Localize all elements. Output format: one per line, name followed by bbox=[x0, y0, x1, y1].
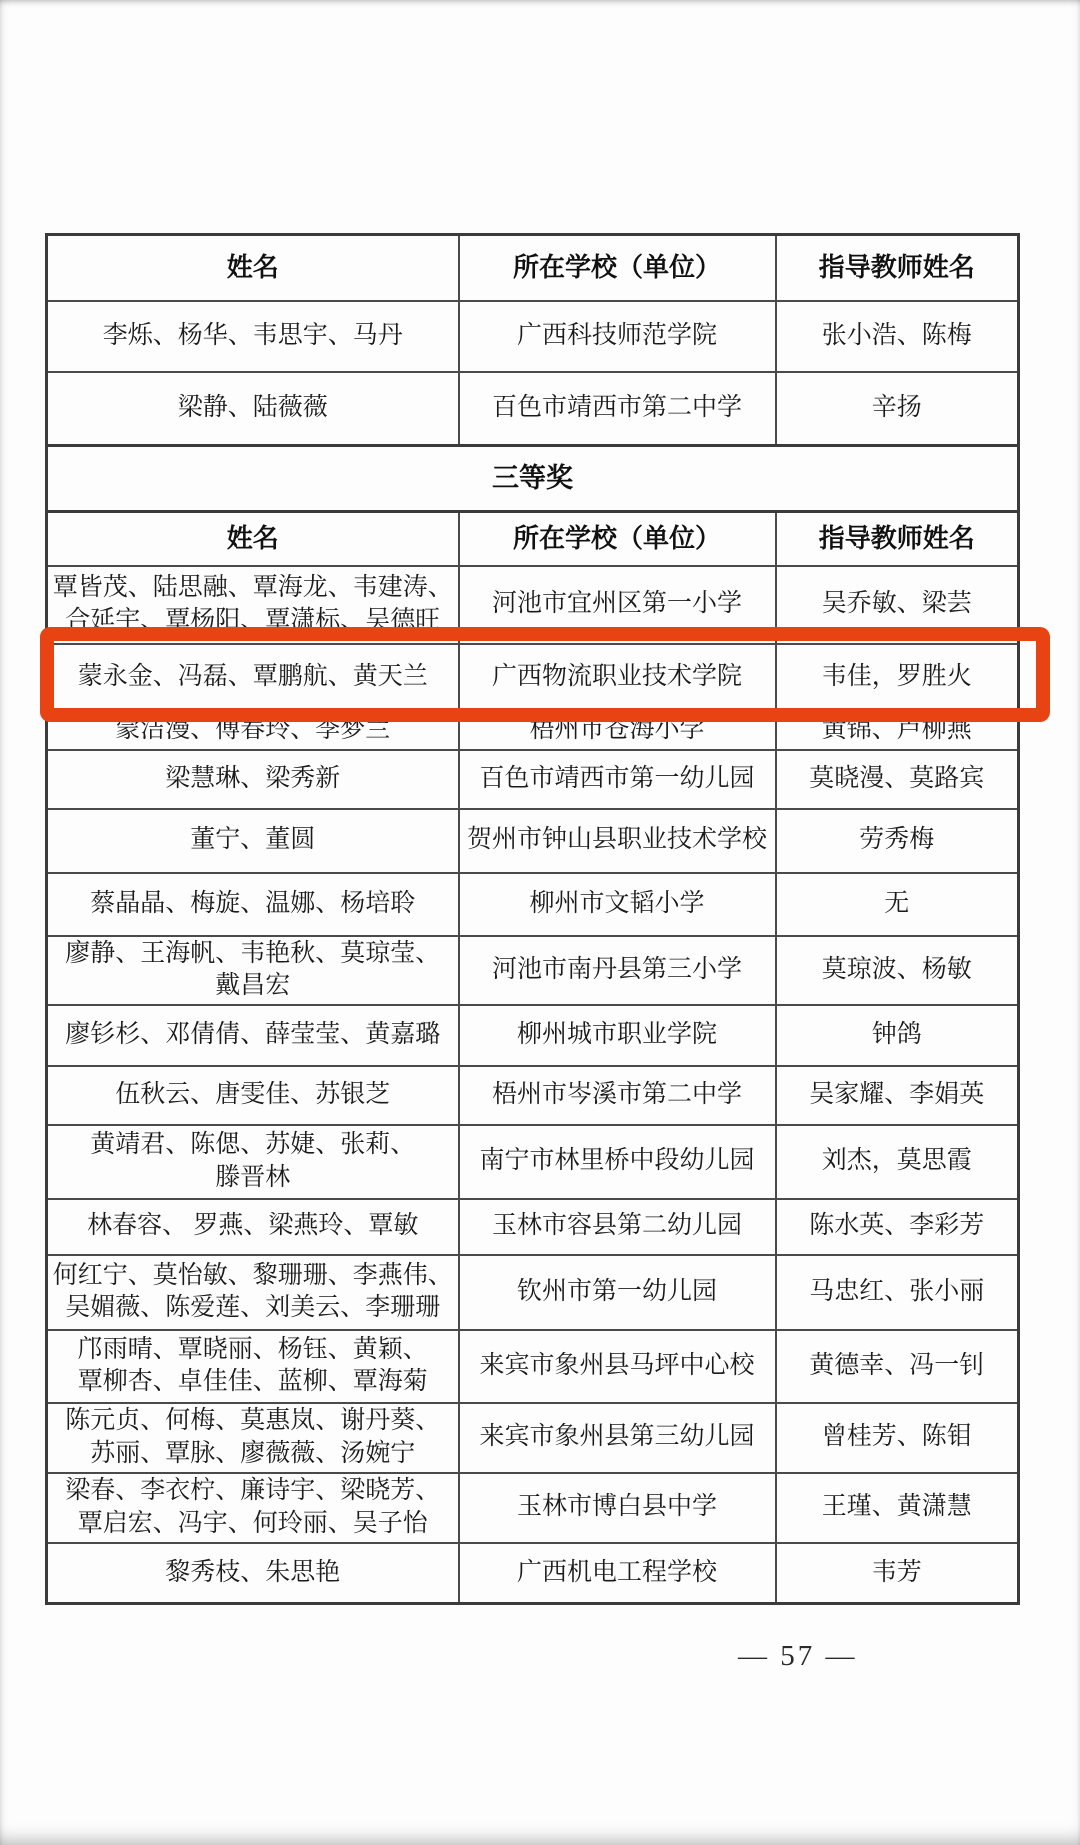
cell-teachers: 马忠红、张小丽 bbox=[776, 1255, 1019, 1330]
cell-school: 玉林市容县第二幼儿园 bbox=[459, 1199, 776, 1255]
cell-teachers: 刘杰，莫思霞 bbox=[776, 1125, 1019, 1199]
cell-names: 黄靖君、陈偲、苏婕、张莉、 滕晋林 bbox=[47, 1125, 459, 1199]
cell-teachers: 陈水英、李彩芳 bbox=[776, 1199, 1019, 1255]
column-header-names: 姓名 bbox=[47, 235, 459, 301]
section-title-third-prize: 三等奖 bbox=[47, 446, 1019, 512]
cell-school: 来宾市象州县第三幼儿园 bbox=[459, 1403, 776, 1473]
table-row: 黄靖君、陈偲、苏婕、张莉、 滕晋林 南宁市林里桥中段幼儿园 刘杰，莫思霞 bbox=[47, 1125, 1019, 1199]
cell-school: 广西机电工程学校 bbox=[459, 1543, 776, 1604]
table-row: 李烁、杨华、韦思宇、马丹 广西科技师范学院 张小浩、陈梅 bbox=[47, 301, 1019, 372]
table-row: 董宁、董圆 贺州市钟山县职业技术学校 劳秀梅 bbox=[47, 809, 1019, 873]
cell-names: 李烁、杨华、韦思宇、马丹 bbox=[47, 301, 459, 372]
cell-names: 林春容、 罗燕、梁燕玲、覃敏 bbox=[47, 1199, 459, 1255]
cell-names: 何红宁、莫怡敏、黎珊珊、李燕伟、 吴媚薇、陈爱莲、刘美云、李珊珊 bbox=[47, 1255, 459, 1330]
document-page: 姓名 所在学校（单位） 指导教师姓名 李烁、杨华、韦思宇、马丹 广西科技师范学院… bbox=[0, 0, 1080, 1845]
cell-names: 伍秋云、唐雯佳、苏银芝 bbox=[47, 1066, 459, 1125]
table-row: 廖钐杉、邓倩倩、薛莹莹、黄嘉璐 柳州城市职业学院 钟鸽 bbox=[47, 1005, 1019, 1066]
cell-teachers: 无 bbox=[776, 873, 1019, 936]
cell-teachers: 黄德幸、冯一钊 bbox=[776, 1330, 1019, 1403]
table-header-row: 姓名 所在学校（单位） 指导教师姓名 bbox=[47, 235, 1019, 301]
cell-teachers: 王瑾、黄潇慧 bbox=[776, 1473, 1019, 1543]
cell-school: 百色市靖西市第二中学 bbox=[459, 372, 776, 446]
cell-school: 玉林市博白县中学 bbox=[459, 1473, 776, 1543]
table-row: 蔡晶晶、梅旋、温娜、杨培聆 柳州市文韬小学 无 bbox=[47, 873, 1019, 936]
cell-names: 廖静、王海帆、韦艳秋、莫琼莹、 戴昌宏 bbox=[47, 936, 459, 1005]
cell-teachers: 曾桂芳、陈钼 bbox=[776, 1403, 1019, 1473]
cell-teachers: 莫琼波、杨敏 bbox=[776, 936, 1019, 1005]
table-row: 邝雨晴、覃晓丽、杨钰、黄颖、 覃柳杏、卓佳佳、蓝柳、覃海菊 来宾市象州县马坪中心… bbox=[47, 1330, 1019, 1403]
cell-names: 邝雨晴、覃晓丽、杨钰、黄颖、 覃柳杏、卓佳佳、蓝柳、覃海菊 bbox=[47, 1330, 459, 1403]
cell-teachers: 劳秀梅 bbox=[776, 809, 1019, 873]
table-row: 廖静、王海帆、韦艳秋、莫琼莹、 戴昌宏 河池市南丹县第三小学 莫琼波、杨敏 bbox=[47, 936, 1019, 1005]
cell-school: 来宾市象州县马坪中心校 bbox=[459, 1330, 776, 1403]
section-title-label: 三等奖 bbox=[47, 446, 1019, 512]
table-header-row: 姓名 所在学校（单位） 指导教师姓名 bbox=[47, 512, 1019, 566]
column-header-teachers: 指导教师姓名 bbox=[776, 512, 1019, 566]
cell-school: 柳州城市职业学院 bbox=[459, 1005, 776, 1066]
cell-teachers: 韦芳 bbox=[776, 1543, 1019, 1604]
cell-school: 河池市南丹县第三小学 bbox=[459, 936, 776, 1005]
page-number: — 57 — bbox=[738, 1640, 858, 1673]
cell-teachers: 张小浩、陈梅 bbox=[776, 301, 1019, 372]
cell-names: 黎秀枝、朱思艳 bbox=[47, 1543, 459, 1604]
cell-names: 梁春、李衣柠、廉诗宇、梁晓芳、 覃启宏、冯宇、何玲丽、吴子怡 bbox=[47, 1473, 459, 1543]
column-header-teachers: 指导教师姓名 bbox=[776, 235, 1019, 301]
cell-school: 钦州市第一幼儿园 bbox=[459, 1255, 776, 1330]
cell-school: 百色市靖西市第一幼儿园 bbox=[459, 750, 776, 809]
cell-teachers: 辛扬 bbox=[776, 372, 1019, 446]
table-row: 梁慧琳、梁秀新 百色市靖西市第一幼儿园 莫晓漫、莫路宾 bbox=[47, 750, 1019, 809]
table-row: 何红宁、莫怡敏、黎珊珊、李燕伟、 吴媚薇、陈爱莲、刘美云、李珊珊 钦州市第一幼儿… bbox=[47, 1255, 1019, 1330]
cell-names: 董宁、董圆 bbox=[47, 809, 459, 873]
cell-school: 贺州市钟山县职业技术学校 bbox=[459, 809, 776, 873]
table-row: 梁静、陆薇薇 百色市靖西市第二中学 辛扬 bbox=[47, 372, 1019, 446]
cell-names: 廖钐杉、邓倩倩、薛莹莹、黄嘉璐 bbox=[47, 1005, 459, 1066]
highlight-box bbox=[40, 627, 1050, 722]
table-row: 林春容、 罗燕、梁燕玲、覃敏 玉林市容县第二幼儿园 陈水英、李彩芳 bbox=[47, 1199, 1019, 1255]
cell-teachers: 吴家耀、李娟英 bbox=[776, 1066, 1019, 1125]
column-header-names: 姓名 bbox=[47, 512, 459, 566]
cell-school: 梧州市岑溪市第二中学 bbox=[459, 1066, 776, 1125]
table-row: 陈元贞、何梅、莫惠岚、谢丹葵、 苏丽、覃脉、廖薇薇、汤婉宁 来宾市象州县第三幼儿… bbox=[47, 1403, 1019, 1473]
cell-school: 广西科技师范学院 bbox=[459, 301, 776, 372]
award-table: 姓名 所在学校（单位） 指导教师姓名 李烁、杨华、韦思宇、马丹 广西科技师范学院… bbox=[45, 233, 1020, 1605]
cell-teachers: 莫晓漫、莫路宾 bbox=[776, 750, 1019, 809]
table-row: 伍秋云、唐雯佳、苏银芝 梧州市岑溪市第二中学 吴家耀、李娟英 bbox=[47, 1066, 1019, 1125]
table-row: 黎秀枝、朱思艳 广西机电工程学校 韦芳 bbox=[47, 1543, 1019, 1604]
table-row: 梁春、李衣柠、廉诗宇、梁晓芳、 覃启宏、冯宇、何玲丽、吴子怡 玉林市博白县中学 … bbox=[47, 1473, 1019, 1543]
cell-teachers: 钟鸽 bbox=[776, 1005, 1019, 1066]
cell-names: 梁慧琳、梁秀新 bbox=[47, 750, 459, 809]
cell-names: 陈元贞、何梅、莫惠岚、谢丹葵、 苏丽、覃脉、廖薇薇、汤婉宁 bbox=[47, 1403, 459, 1473]
cell-names: 梁静、陆薇薇 bbox=[47, 372, 459, 446]
cell-school: 南宁市林里桥中段幼儿园 bbox=[459, 1125, 776, 1199]
cell-names: 蔡晶晶、梅旋、温娜、杨培聆 bbox=[47, 873, 459, 936]
column-header-school: 所在学校（单位） bbox=[459, 512, 776, 566]
column-header-school: 所在学校（单位） bbox=[459, 235, 776, 301]
cell-school: 柳州市文韬小学 bbox=[459, 873, 776, 936]
